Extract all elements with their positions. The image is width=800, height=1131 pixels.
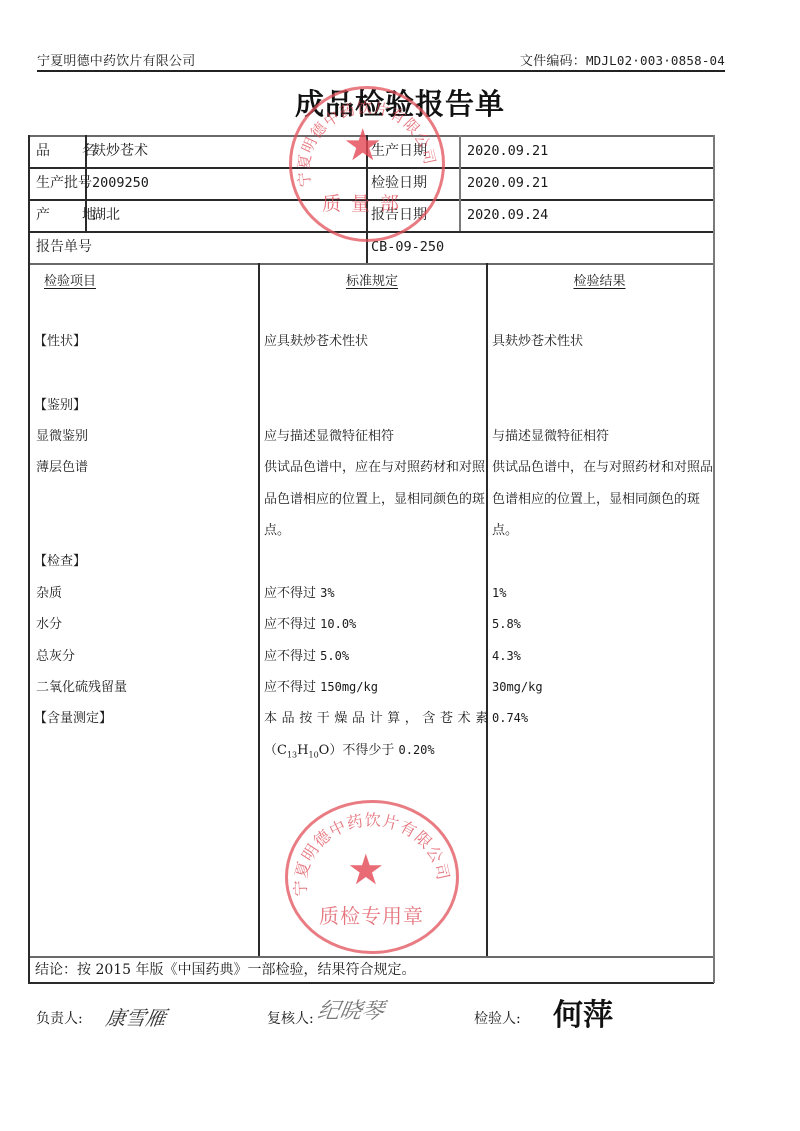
qc-seal-label: 质检专用章 bbox=[319, 900, 424, 929]
result-microscopic: 与描述显微特征相符 bbox=[492, 421, 609, 453]
column-header-standard: 标准规定 bbox=[258, 270, 486, 289]
result-assay: 0.74% bbox=[492, 703, 528, 735]
standard-impurity: 应不得过 3% bbox=[264, 578, 335, 610]
item-microscopic: 显微鉴别 bbox=[36, 421, 88, 453]
inspector-signature: 何萍 bbox=[553, 990, 613, 1034]
item-so2-residue: 二氧化硫残留量 bbox=[36, 672, 127, 704]
origin-label: 产地 bbox=[36, 199, 96, 231]
quality-dept-seal-label: 质量部 bbox=[322, 189, 409, 216]
report-date-value: 2020.09.24 bbox=[467, 199, 548, 231]
item-inspection: 【检查】 bbox=[34, 546, 86, 578]
standard-microscopic: 应与描述显微特征相符 bbox=[264, 421, 394, 453]
inspection-date-value: 2020.09.21 bbox=[467, 167, 548, 199]
inspector-label: 检验人: bbox=[474, 1008, 521, 1028]
company-name: 宁夏明德中药饮片有限公司 bbox=[37, 50, 195, 69]
batch-value: 2009250 bbox=[92, 167, 149, 199]
origin-value: 湖北 bbox=[92, 199, 120, 231]
document-code-value: MDJL02·003·0858-04 bbox=[586, 53, 725, 68]
responsible-label: 负责人: bbox=[36, 1008, 83, 1028]
star-icon: ★ bbox=[343, 120, 382, 171]
item-tlc: 薄层色谱 bbox=[36, 452, 88, 484]
report-no-label: 报告单号 bbox=[36, 231, 92, 263]
reviewer-label: 复核人: bbox=[267, 1008, 314, 1028]
product-name-label: 品名 bbox=[36, 135, 96, 167]
item-identification: 【鉴别】 bbox=[34, 390, 86, 422]
column-header-item: 检验项目 bbox=[44, 270, 96, 289]
standard-moisture: 应不得过 10.0% bbox=[264, 609, 356, 641]
star-icon: ★ bbox=[347, 845, 385, 894]
result-appearance: 具麸炒苍术性状 bbox=[492, 326, 583, 358]
product-name-value: 麸炒苍术 bbox=[92, 135, 148, 167]
conclusion: 结论：按 2015 年版《中国药典》一部检验，结果符合规定。 bbox=[35, 959, 416, 979]
header-rule bbox=[37, 70, 725, 72]
result-tlc: 供试品色谱中，在与对照药材和对照品色谱相应的位置上，显相同颜色的斑点。 bbox=[492, 452, 714, 547]
result-total-ash: 4.3% bbox=[492, 641, 521, 673]
item-moisture: 水分 bbox=[36, 609, 62, 641]
column-header-result: 检验结果 bbox=[486, 270, 713, 289]
reviewer-signature: 纪晓琴 bbox=[315, 994, 386, 1025]
result-impurity: 1% bbox=[492, 578, 506, 610]
batch-label: 生产批号 bbox=[36, 167, 92, 199]
standard-so2-residue: 应不得过 150mg/kg bbox=[264, 672, 378, 704]
standard-appearance: 应具麸炒苍术性状 bbox=[264, 326, 368, 358]
item-total-ash: 总灰分 bbox=[36, 641, 75, 673]
result-moisture: 5.8% bbox=[492, 609, 521, 641]
result-so2-residue: 30mg/kg bbox=[492, 672, 543, 704]
production-date-value: 2020.09.21 bbox=[467, 135, 548, 167]
standard-tlc: 供试品色谱中，应在与对照药材和对照品色谱相应的位置上，显相同颜色的斑点。 bbox=[264, 452, 486, 547]
item-impurity: 杂质 bbox=[36, 578, 62, 610]
document-code-label: 文件编码： bbox=[520, 54, 586, 69]
responsible-signature: 康雪雁 bbox=[104, 1002, 168, 1031]
standard-assay-line1: 本品按干燥品计算，含苍术素 bbox=[264, 703, 493, 735]
item-appearance: 【性状】 bbox=[34, 326, 86, 358]
standard-total-ash: 应不得过 5.0% bbox=[264, 641, 349, 673]
document-code: 文件编码：MDJL02·003·0858-04 bbox=[520, 50, 725, 69]
item-assay: 【含量测定】 bbox=[34, 703, 112, 735]
standard-assay-line2: （C13H10O）不得少于 0.20% bbox=[264, 735, 435, 771]
